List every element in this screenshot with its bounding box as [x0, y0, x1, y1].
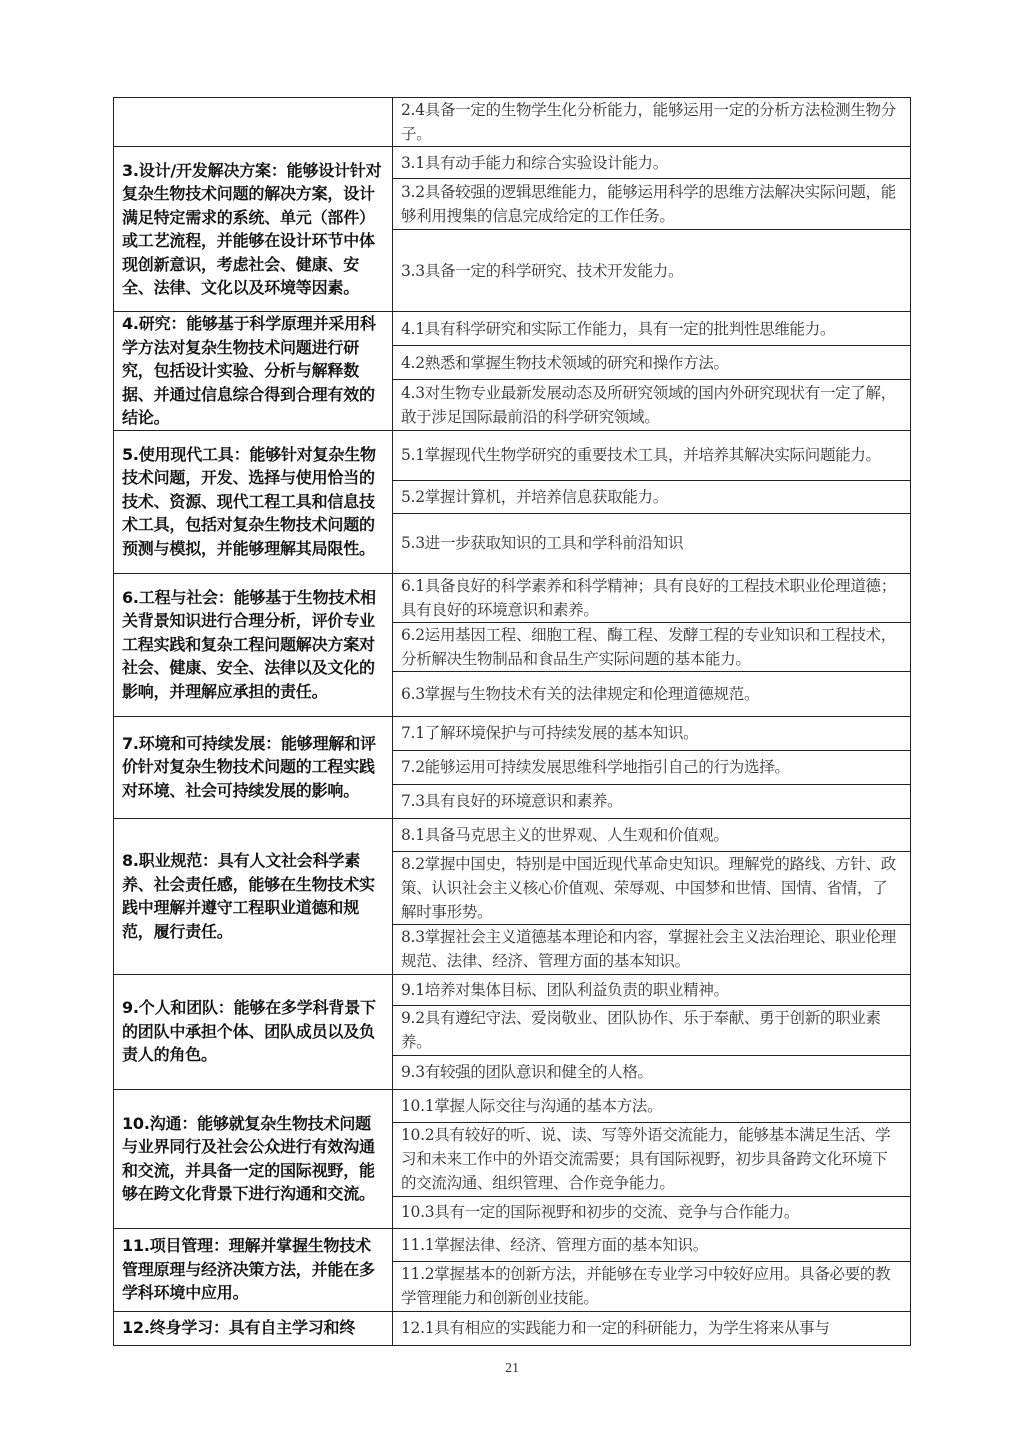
graduation-requirement-cell: 12.终身学习：具有自主学习和终: [114, 1311, 393, 1345]
indicator-cell: 3.3具备一定的科学研究、技术开发能力。: [393, 230, 911, 312]
table-body: 2.4具备一定的生物学生化分析能力，能够运用一定的分析方法检测生物分子。3.设计…: [114, 98, 911, 1346]
table-row: 4.研究：能够基于科学原理并采用科学方法对复杂生物技术问题进行研究，包括设计实验…: [114, 312, 911, 346]
document-page: 2.4具备一定的生物学生化分析能力，能够运用一定的分析方法检测生物分子。3.设计…: [0, 0, 1024, 1448]
table-row: 5.使用现代工具：能够针对复杂生物技术问题，开发、选择与使用恰当的技术、资源、现…: [114, 430, 911, 480]
indicator-cell: 6.3掌握与生物技术有关的法律规定和伦理道德规范。: [393, 671, 911, 716]
table-row: 8.职业规范：具有人文社会科学素养、社会责任感，能够在生物技术实践中理解并遵守工…: [114, 818, 911, 851]
graduation-requirement-cell: 7.环境和可持续发展：能够理解和评价针对复杂生物技术问题的工程实践对环境、社会可…: [114, 716, 393, 818]
indicator-cell: 9.3有较强的团队意识和健全的人格。: [393, 1055, 911, 1089]
indicator-cell: 3.1具有动手能力和综合实验设计能力。: [393, 147, 911, 179]
indicator-cell: 2.4具备一定的生物学生化分析能力，能够运用一定的分析方法检测生物分子。: [393, 98, 911, 147]
graduation-requirement-cell: 11.项目管理：理解并掌握生物技术管理原理与经济决策方法，并能在多学科环境中应用…: [114, 1228, 393, 1311]
indicator-cell: 12.1具有相应的实践能力和一定的科研能力，为学生将来从事与: [393, 1311, 911, 1345]
indicator-cell: 6.1具备良好的科学素养和科学精神；具有良好的工程技术职业伦理道德；具有良好的环…: [393, 573, 911, 622]
graduation-requirement-cell: 5.使用现代工具：能够针对复杂生物技术问题，开发、选择与使用恰当的技术、资源、现…: [114, 430, 393, 573]
page-number: 21: [0, 1361, 1024, 1377]
graduation-requirement-cell: [114, 98, 393, 147]
table-row: 6.工程与社会：能够基于生物技术相关背景知识进行合理分析，评价专业工程实践和复杂…: [114, 573, 911, 622]
indicator-cell: 3.2具备较强的逻辑思维能力，能够运用科学的思维方法解决实际问题，能够利用搜集的…: [393, 179, 911, 230]
indicator-cell: 11.2掌握基本的创新方法，并能够在专业学习中较好应用。具备必要的教学管理能力和…: [393, 1261, 911, 1311]
table-row: 9.个人和团队：能够在多学科背景下的团队中承担个体、团队成员以及负责人的角色。9…: [114, 974, 911, 1005]
indicator-cell: 5.1掌握现代生物学研究的重要技术工具，并培养其解决实际问题能力。: [393, 430, 911, 480]
indicator-cell: 5.2掌握计算机，并培养信息获取能力。: [393, 480, 911, 513]
table-row: 12.终身学习：具有自主学习和终12.1具有相应的实践能力和一定的科研能力，为学…: [114, 1311, 911, 1345]
indicator-cell: 9.2具有遵纪守法、爱岗敬业、团队协作、乐于奉献、勇于创新的职业素养。: [393, 1005, 911, 1055]
indicator-cell: 7.2能够运用可持续发展思维科学地指引自己的行为选择。: [393, 750, 911, 784]
indicator-cell: 8.3掌握社会主义道德基本理论和内容，掌握社会主义法治理论、职业伦理规范、法律、…: [393, 924, 911, 974]
graduation-requirement-cell: 6.工程与社会：能够基于生物技术相关背景知识进行合理分析，评价专业工程实践和复杂…: [114, 573, 393, 716]
indicator-cell: 11.1掌握法律、经济、管理方面的基本知识。: [393, 1228, 911, 1261]
indicator-cell: 6.2运用基因工程、细胞工程、酶工程、发酵工程的专业知识和工程技术，分析解决生物…: [393, 622, 911, 671]
indicator-cell: 5.3进一步获取知识的工具和学科前沿知识: [393, 513, 911, 573]
table-row: 10.沟通：能够就复杂生物技术问题与业界同行及社会公众进行有效沟通和交流，并具备…: [114, 1089, 911, 1122]
graduation-requirement-cell: 9.个人和团队：能够在多学科背景下的团队中承担个体、团队成员以及负责人的角色。: [114, 974, 393, 1089]
indicator-cell: 10.3具有一定的国际视野和初步的交流、竞争与合作能力。: [393, 1196, 911, 1228]
table-row: 2.4具备一定的生物学生化分析能力，能够运用一定的分析方法检测生物分子。: [114, 98, 911, 147]
table-row: 3.设计/开发解决方案：能够设计针对复杂生物技术问题的解决方案，设计满足特定需求…: [114, 147, 911, 179]
indicator-cell: 7.1了解环境保护与可持续发展的基本知识。: [393, 716, 911, 750]
graduation-requirement-cell: 10.沟通：能够就复杂生物技术问题与业界同行及社会公众进行有效沟通和交流，并具备…: [114, 1089, 393, 1228]
graduation-requirements-table: 2.4具备一定的生物学生化分析能力，能够运用一定的分析方法检测生物分子。3.设计…: [113, 97, 911, 1346]
graduation-requirement-cell: 3.设计/开发解决方案：能够设计针对复杂生物技术问题的解决方案，设计满足特定需求…: [114, 147, 393, 312]
indicator-cell: 8.2掌握中国史，特别是中国近现代革命史知识。理解党的路线、方针、政策、认识社会…: [393, 851, 911, 924]
graduation-requirement-cell: 8.职业规范：具有人文社会科学素养、社会责任感，能够在生物技术实践中理解并遵守工…: [114, 818, 393, 974]
graduation-requirement-cell: 4.研究：能够基于科学原理并采用科学方法对复杂生物技术问题进行研究，包括设计实验…: [114, 312, 393, 431]
indicator-cell: 4.1具有科学研究和实际工作能力，具有一定的批判性思维能力。: [393, 312, 911, 346]
indicator-cell: 9.1培养对集体目标、团队利益负责的职业精神。: [393, 974, 911, 1005]
indicator-cell: 4.3对生物专业最新发展动态及所研究领域的国内外研究现状有一定了解，敢于涉足国际…: [393, 380, 911, 430]
indicator-cell: 4.2熟悉和掌握生物技术领域的研究和操作方法。: [393, 346, 911, 380]
indicator-cell: 10.2具有较好的听、说、读、写等外语交流能力，能够基本满足生活、学习和未来工作…: [393, 1122, 911, 1196]
indicator-cell: 10.1掌握人际交往与沟通的基本方法。: [393, 1089, 911, 1122]
table-row: 11.项目管理：理解并掌握生物技术管理原理与经济决策方法，并能在多学科环境中应用…: [114, 1228, 911, 1261]
indicator-cell: 8.1具备马克思主义的世界观、人生观和价值观。: [393, 818, 911, 851]
indicator-cell: 7.3具有良好的环境意识和素养。: [393, 784, 911, 818]
table-row: 7.环境和可持续发展：能够理解和评价针对复杂生物技术问题的工程实践对环境、社会可…: [114, 716, 911, 750]
